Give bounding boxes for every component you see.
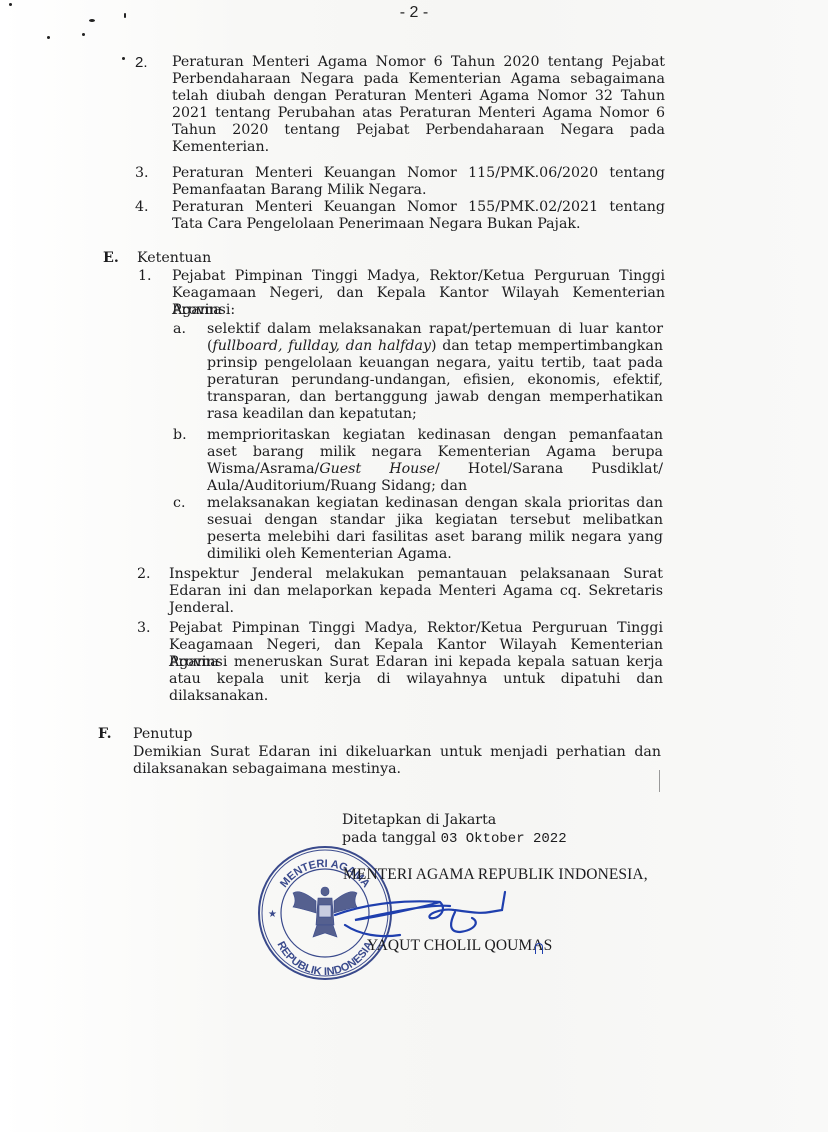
sub-item-line: peraturan perundang-undangan, efisien, e…	[207, 372, 663, 389]
list-item-line: Tahun 2020 tentang Pejabat Perbendaharaa…	[172, 122, 665, 139]
list-item-line: Edaran ini dan melaporkan kepada Menteri…	[169, 583, 663, 600]
sub-item-line: memprioritaskan kegiatan kedinasan denga…	[207, 427, 663, 444]
list-item-line: telah diubah dengan Peraturan Menteri Ag…	[172, 88, 665, 105]
list-number: 1.	[138, 268, 152, 285]
section-e-letter: E.	[103, 250, 119, 267]
sub-item-line: Aula/Auditorium/Ruang Sidang; dan	[207, 478, 467, 495]
signature-date: 03 Oktober 2022	[441, 831, 567, 847]
scan-speck	[82, 33, 85, 36]
sub-item-line: selektif dalam melaksanakan rapat/pertem…	[207, 321, 663, 338]
sub-item-line: sesuai dengan standar jika kegiatan ters…	[207, 512, 663, 529]
list-number: 2.	[137, 566, 151, 583]
section-f-letter: F.	[98, 726, 112, 743]
sub-item-line: dimiliki oleh Kementerian Agama.	[207, 546, 452, 563]
sub-item-line: (fullboard, fullday, dan halfday) dan te…	[207, 338, 663, 355]
list-item-line: Provinsi:	[172, 302, 235, 319]
list-item-line: Peraturan Menteri Keuangan Nomor 115/PMK…	[172, 165, 665, 182]
sub-item-line: melaksanakan kegiatan kedinasan dengan s…	[207, 495, 663, 512]
sub-item-line: prinsip pengelolaan keuangan negara, yai…	[207, 355, 663, 372]
list-number: 3.	[137, 620, 151, 637]
sub-item-letter: a.	[173, 321, 186, 338]
svg-text:★: ★	[268, 909, 277, 920]
scan-speck	[47, 36, 50, 39]
list-number: 2.	[135, 54, 148, 71]
list-item-line: Perbendaharaan Negara pada Kementerian A…	[172, 71, 665, 88]
list-item-line: Provinsi meneruskan Surat Edaran ini kep…	[169, 654, 663, 671]
section-f-title: Penutup	[133, 726, 193, 743]
list-item-line: atau kepala unit kerja di wilayahnya unt…	[169, 671, 663, 688]
sub-item-line: Wisma/Asrama/Guest House/ Hotel/Sarana P…	[207, 461, 663, 478]
list-item-line: Jenderal.	[169, 600, 234, 617]
svg-text:REPUBLIK INDONESIA: REPUBLIK INDONESIA	[275, 940, 376, 979]
initial-mark-icon	[535, 943, 543, 954]
list-number: 4.	[135, 199, 149, 216]
document-page: - 2 - 2.Peraturan Menteri Agama Nomor 6 …	[0, 0, 828, 1132]
list-item-line: Peraturan Menteri Agama Nomor 6 Tahun 20…	[172, 54, 665, 71]
sub-item-line: rasa keadilan dan kepatutan;	[207, 406, 417, 423]
list-number: 3.	[135, 165, 149, 182]
list-item-line: Peraturan Menteri Keuangan Nomor 155/PMK…	[172, 199, 665, 216]
page-number: - 2 -	[0, 4, 828, 22]
sub-item-letter: b.	[173, 427, 187, 444]
list-item-line: Tata Cara Pengelolaan Penerimaan Negara …	[172, 216, 581, 233]
list-item-line: 2021 tentang Perubahan atas Peraturan Me…	[172, 105, 665, 122]
handwritten-signature-icon	[330, 880, 520, 940]
signature-place: Ditetapkan di Jakarta	[342, 812, 496, 829]
closing-line: dilaksanakan sebagaimana mestinya.	[133, 761, 401, 778]
sub-item-line: peserta melebihi dari fasilitas aset bar…	[207, 529, 663, 546]
section-e-title: Ketentuan	[137, 250, 211, 267]
sub-item-line: aset barang milik negara Kementerian Aga…	[207, 444, 663, 461]
list-item-line: Kementerian.	[172, 139, 269, 156]
list-item-line: Keagamaan Negeri, dan Kepala Kantor Wila…	[172, 285, 665, 319]
scan-speck	[122, 57, 125, 60]
signatory-name: YAQUT CHOLIL QOUMAS	[367, 937, 552, 954]
closing-line: Demikian Surat Edaran ini dikeluarkan un…	[133, 744, 661, 761]
sub-item-line: transparan, dan bertanggung jawab dengan…	[207, 389, 663, 406]
list-item-line: Pemanfaatan Barang Milik Negara.	[172, 182, 427, 199]
list-item-line: Inspektur Jenderal melakukan pemantauan …	[169, 566, 663, 583]
list-item-line: dilaksanakan.	[169, 688, 268, 705]
list-item-line: Pejabat Pimpinan Tinggi Madya, Rektor/Ke…	[172, 268, 665, 285]
pencil-mark	[659, 770, 662, 792]
list-item-line: Pejabat Pimpinan Tinggi Madya, Rektor/Ke…	[169, 620, 663, 637]
sub-item-letter: c.	[173, 495, 185, 512]
